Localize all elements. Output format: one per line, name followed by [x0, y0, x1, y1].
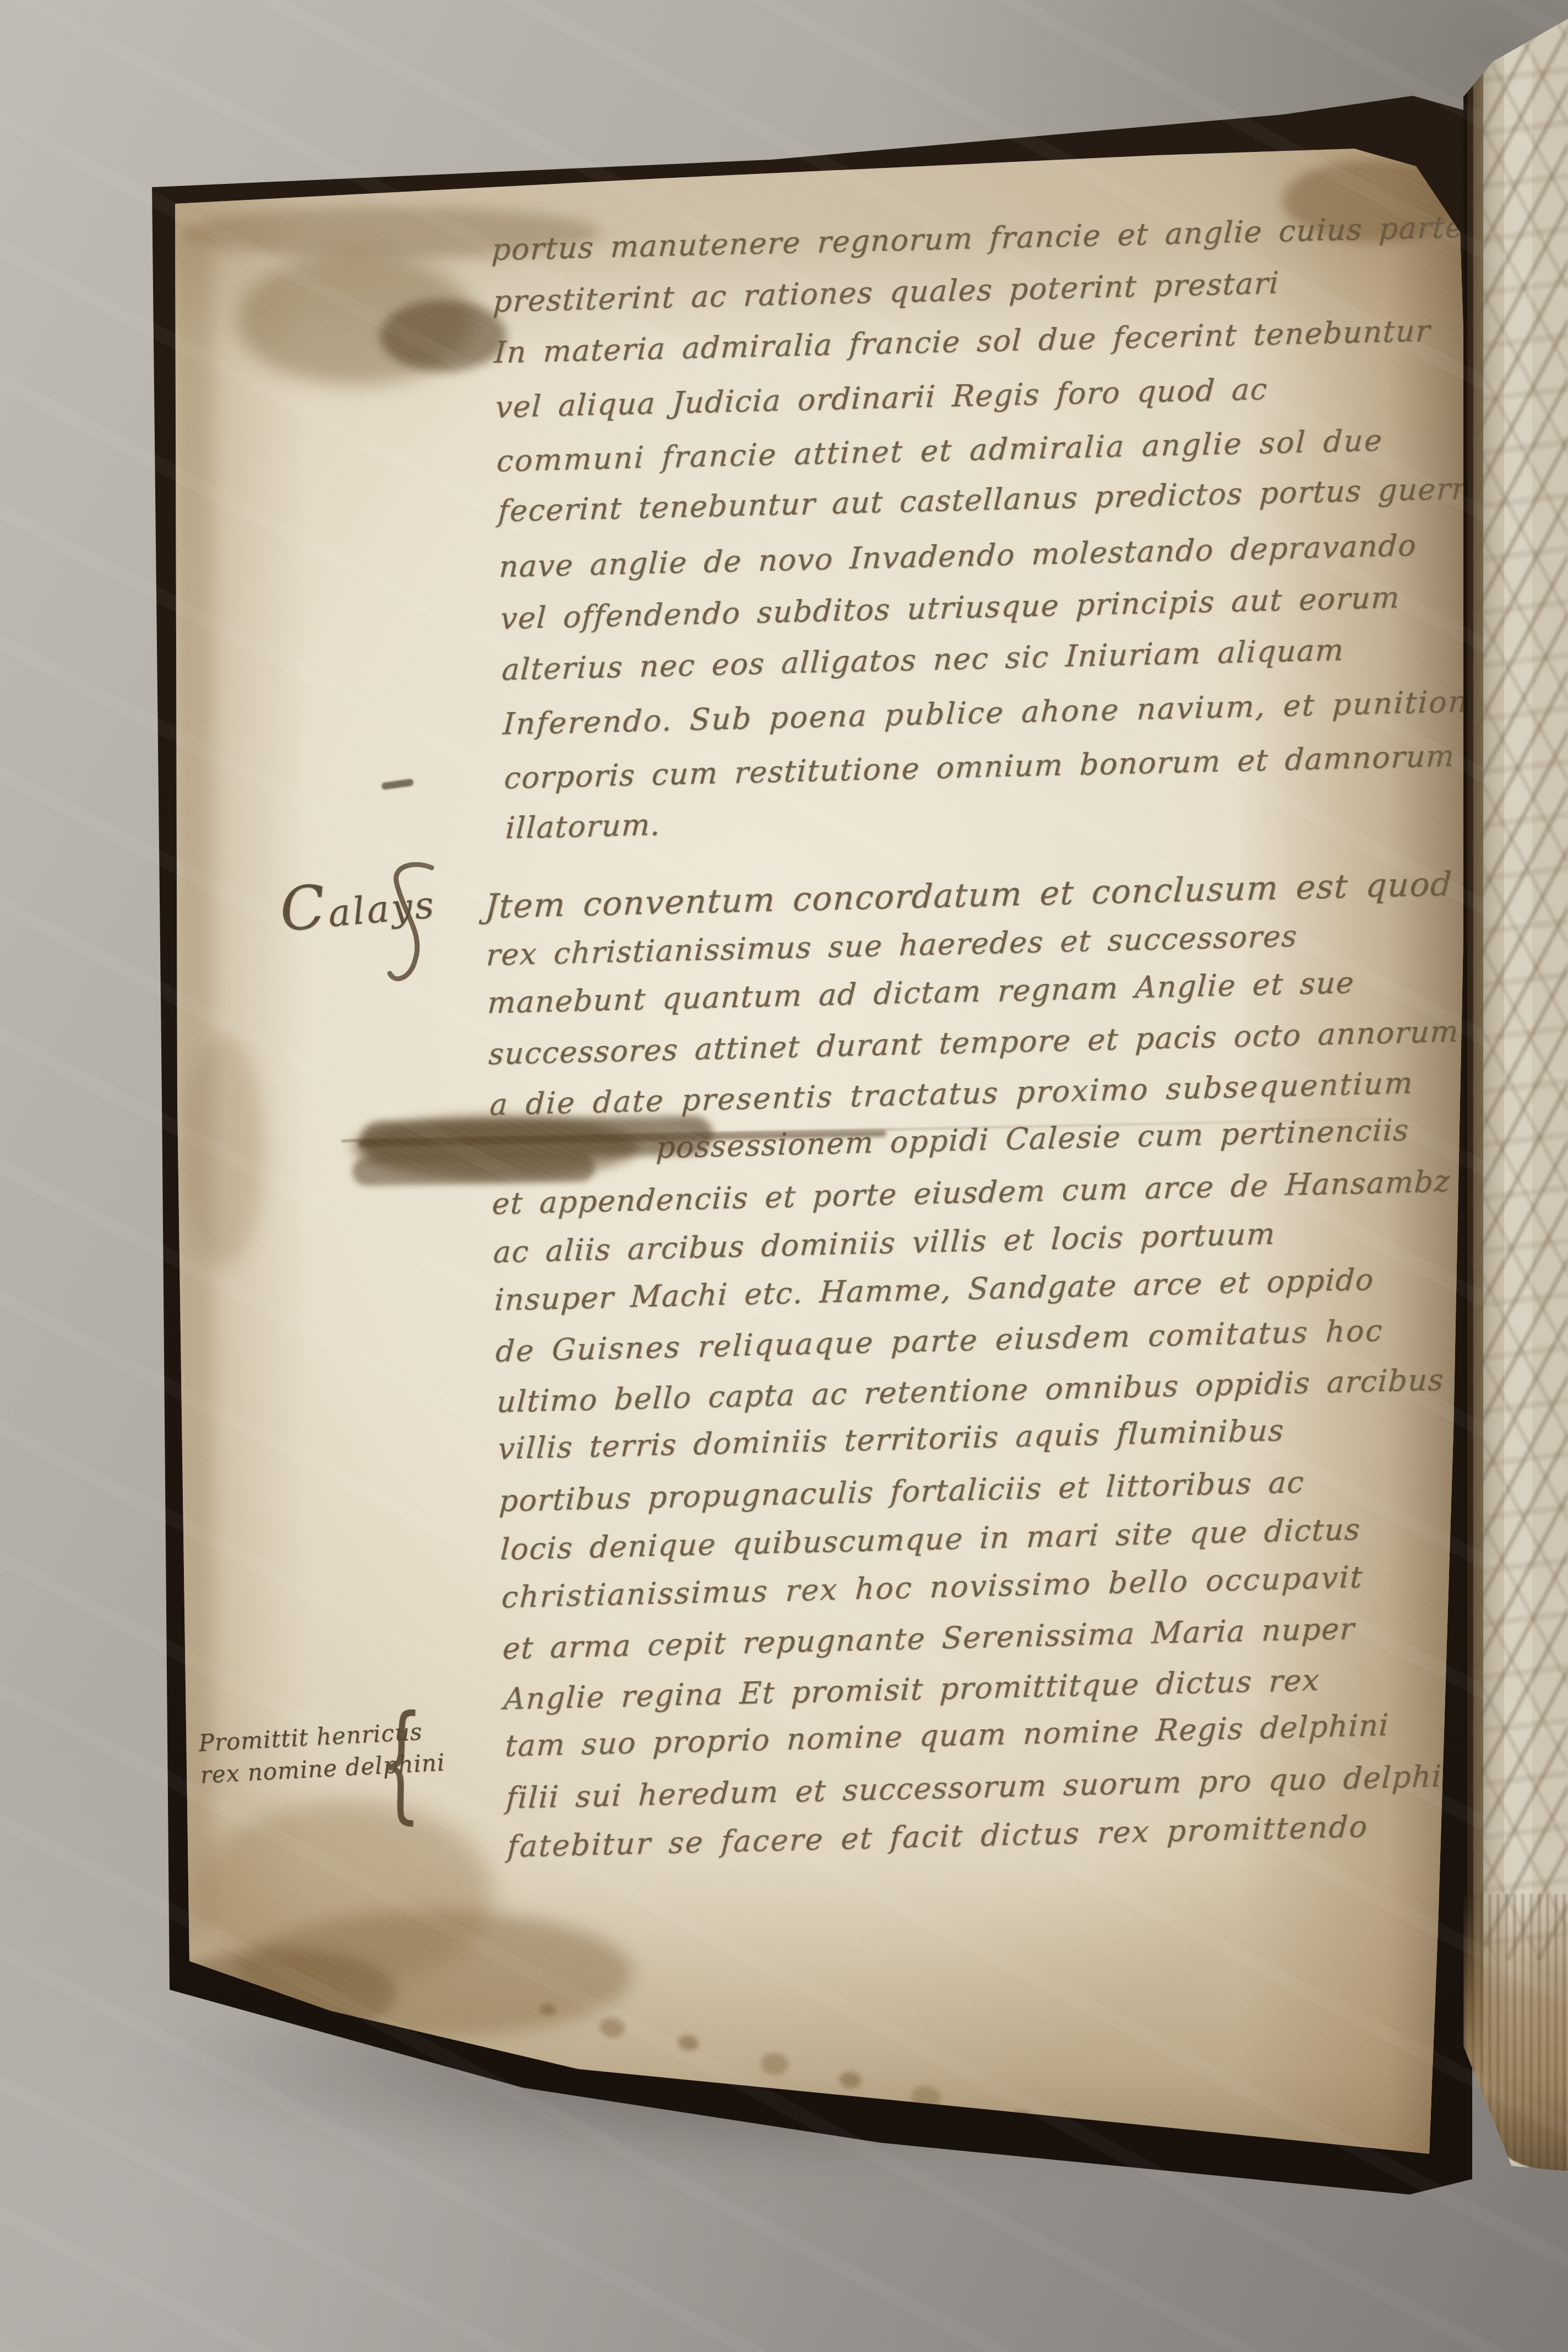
fore-edge-tan	[1463, 1894, 1568, 2171]
manuscript-line: nave anglie de novo Invadendo molestando…	[498, 514, 1568, 594]
manuscript-line: de Guisnes reliquaque parte eiusdem comi…	[494, 1301, 1568, 1376]
manuscript-line: a die date presentis tractatus proximo s…	[488, 1054, 1568, 1130]
margin-note-calais: Calays	[277, 868, 438, 940]
manuscript-line: Inferendo. Sub poena publice ahone naviu…	[502, 671, 1568, 751]
manuscript-line: fatebitur se facere et facit dictus rex …	[506, 1796, 1568, 1872]
manuscript-line: filii sui heredum et successorum suorum …	[505, 1748, 1568, 1823]
manuscript-line: vel offendendo subditos utriusque princi…	[499, 565, 1568, 645]
manuscript-line: portus manutenere regnorum francie et an…	[491, 197, 1568, 276]
manuscript-line: alterius nec eos alligatos nec sic Iniur…	[500, 617, 1568, 696]
manuscript-line: ac aliis arcibus dominiis villis et loci…	[492, 1202, 1568, 1277]
manuscript-line: portibus propugnaculis fortaliciis et li…	[498, 1451, 1568, 1526]
manuscript-line: villis terris dominiis territoriis aquis…	[497, 1398, 1568, 1474]
blurred-facing-text	[1473, 0, 1568, 1960]
deleted-passage-smear-2	[352, 1153, 595, 1186]
stain-crease	[352, 1115, 639, 1179]
manuscript-photograph: portus manutenere regnorum francie et an…	[0, 0, 1568, 2352]
manuscript-line: vel aliqua Judicia ordinarii Regis foro …	[494, 354, 1568, 434]
manuscript-line: corporis cum restitutione omnium bonorum…	[503, 725, 1568, 805]
stain-top-left-core	[380, 300, 507, 372]
paragraph-admiralty-clause: portus manutenere regnorum francie et an…	[491, 195, 1568, 857]
manuscript-line: et arma cepit repugnante Serenissima Mar…	[502, 1598, 1568, 1674]
margin-tick-mark	[381, 778, 413, 790]
stain-top-left	[237, 253, 473, 385]
stain-top-edge	[182, 206, 600, 259]
manuscript-line: fecerint tenebuntur aut castellanus pred…	[497, 458, 1568, 538]
paragraph-calais-clause: Jtem conventum concordatum et conclusum …	[484, 855, 1568, 1871]
manuscript-line: locis denique quibuscumque in mari site …	[499, 1499, 1568, 1575]
strikethrough-line	[358, 1130, 886, 1147]
manuscript-line: Anglie regina Et promisit promittitque d…	[503, 1649, 1568, 1724]
manuscript-line: et appendenciis et porte eiusdem cum arc…	[491, 1153, 1568, 1229]
margin-brace-icon: {	[377, 1684, 424, 1841]
crease-line	[341, 1118, 1382, 1142]
stain-left-middle	[182, 1035, 264, 1266]
book-fore-edge-pages	[1463, 0, 1568, 2171]
deleted-passage-smear	[360, 1115, 713, 1160]
manuscript-line: communi francie attinet et admiralia ang…	[496, 408, 1568, 488]
manuscript-line: ultimo bello capta ac retentione omnibus…	[496, 1352, 1568, 1427]
manuscript-line: tam suo proprio nomine quam nomine Regis…	[504, 1696, 1568, 1771]
foxing-bottom-edge	[539, 2003, 557, 2016]
manuscript-line: manebunt quantum ad dictam regnam Anglie…	[486, 952, 1568, 1028]
manuscript-line: insuper Machi etc. Hamme, Sandgate arce …	[493, 1250, 1568, 1325]
manuscript-line: possessionem oppidi Calesie cum pertinen…	[655, 1101, 1568, 1173]
manuscript-line: In materia admiralia francie sol due fec…	[493, 300, 1568, 379]
margin-note-promittit-line2: rex nomine delphini	[199, 1746, 445, 1791]
margin-brace-icon	[385, 862, 440, 1000]
manuscript-line: Jtem conventum concordatum et conclusum …	[484, 856, 1568, 932]
margin-note-promittit-line1: Promittit henricus	[198, 1714, 444, 1759]
manuscript-line: illatorum.	[504, 775, 1568, 855]
stain-bottom-left	[195, 1800, 493, 1988]
manuscript-line: successores attinet durant tempore et pa…	[487, 1004, 1568, 1079]
manuscript-line: rex christianissimus sue haeredes et suc…	[485, 905, 1568, 980]
margin-note-promittit: Promittit henricus rex nomine delphini	[198, 1714, 445, 1791]
manuscript-line: christianissimus rex hoc novissimo bello…	[500, 1547, 1568, 1623]
manuscript-line: prestiterint ac rationes quales poterint…	[492, 248, 1568, 328]
